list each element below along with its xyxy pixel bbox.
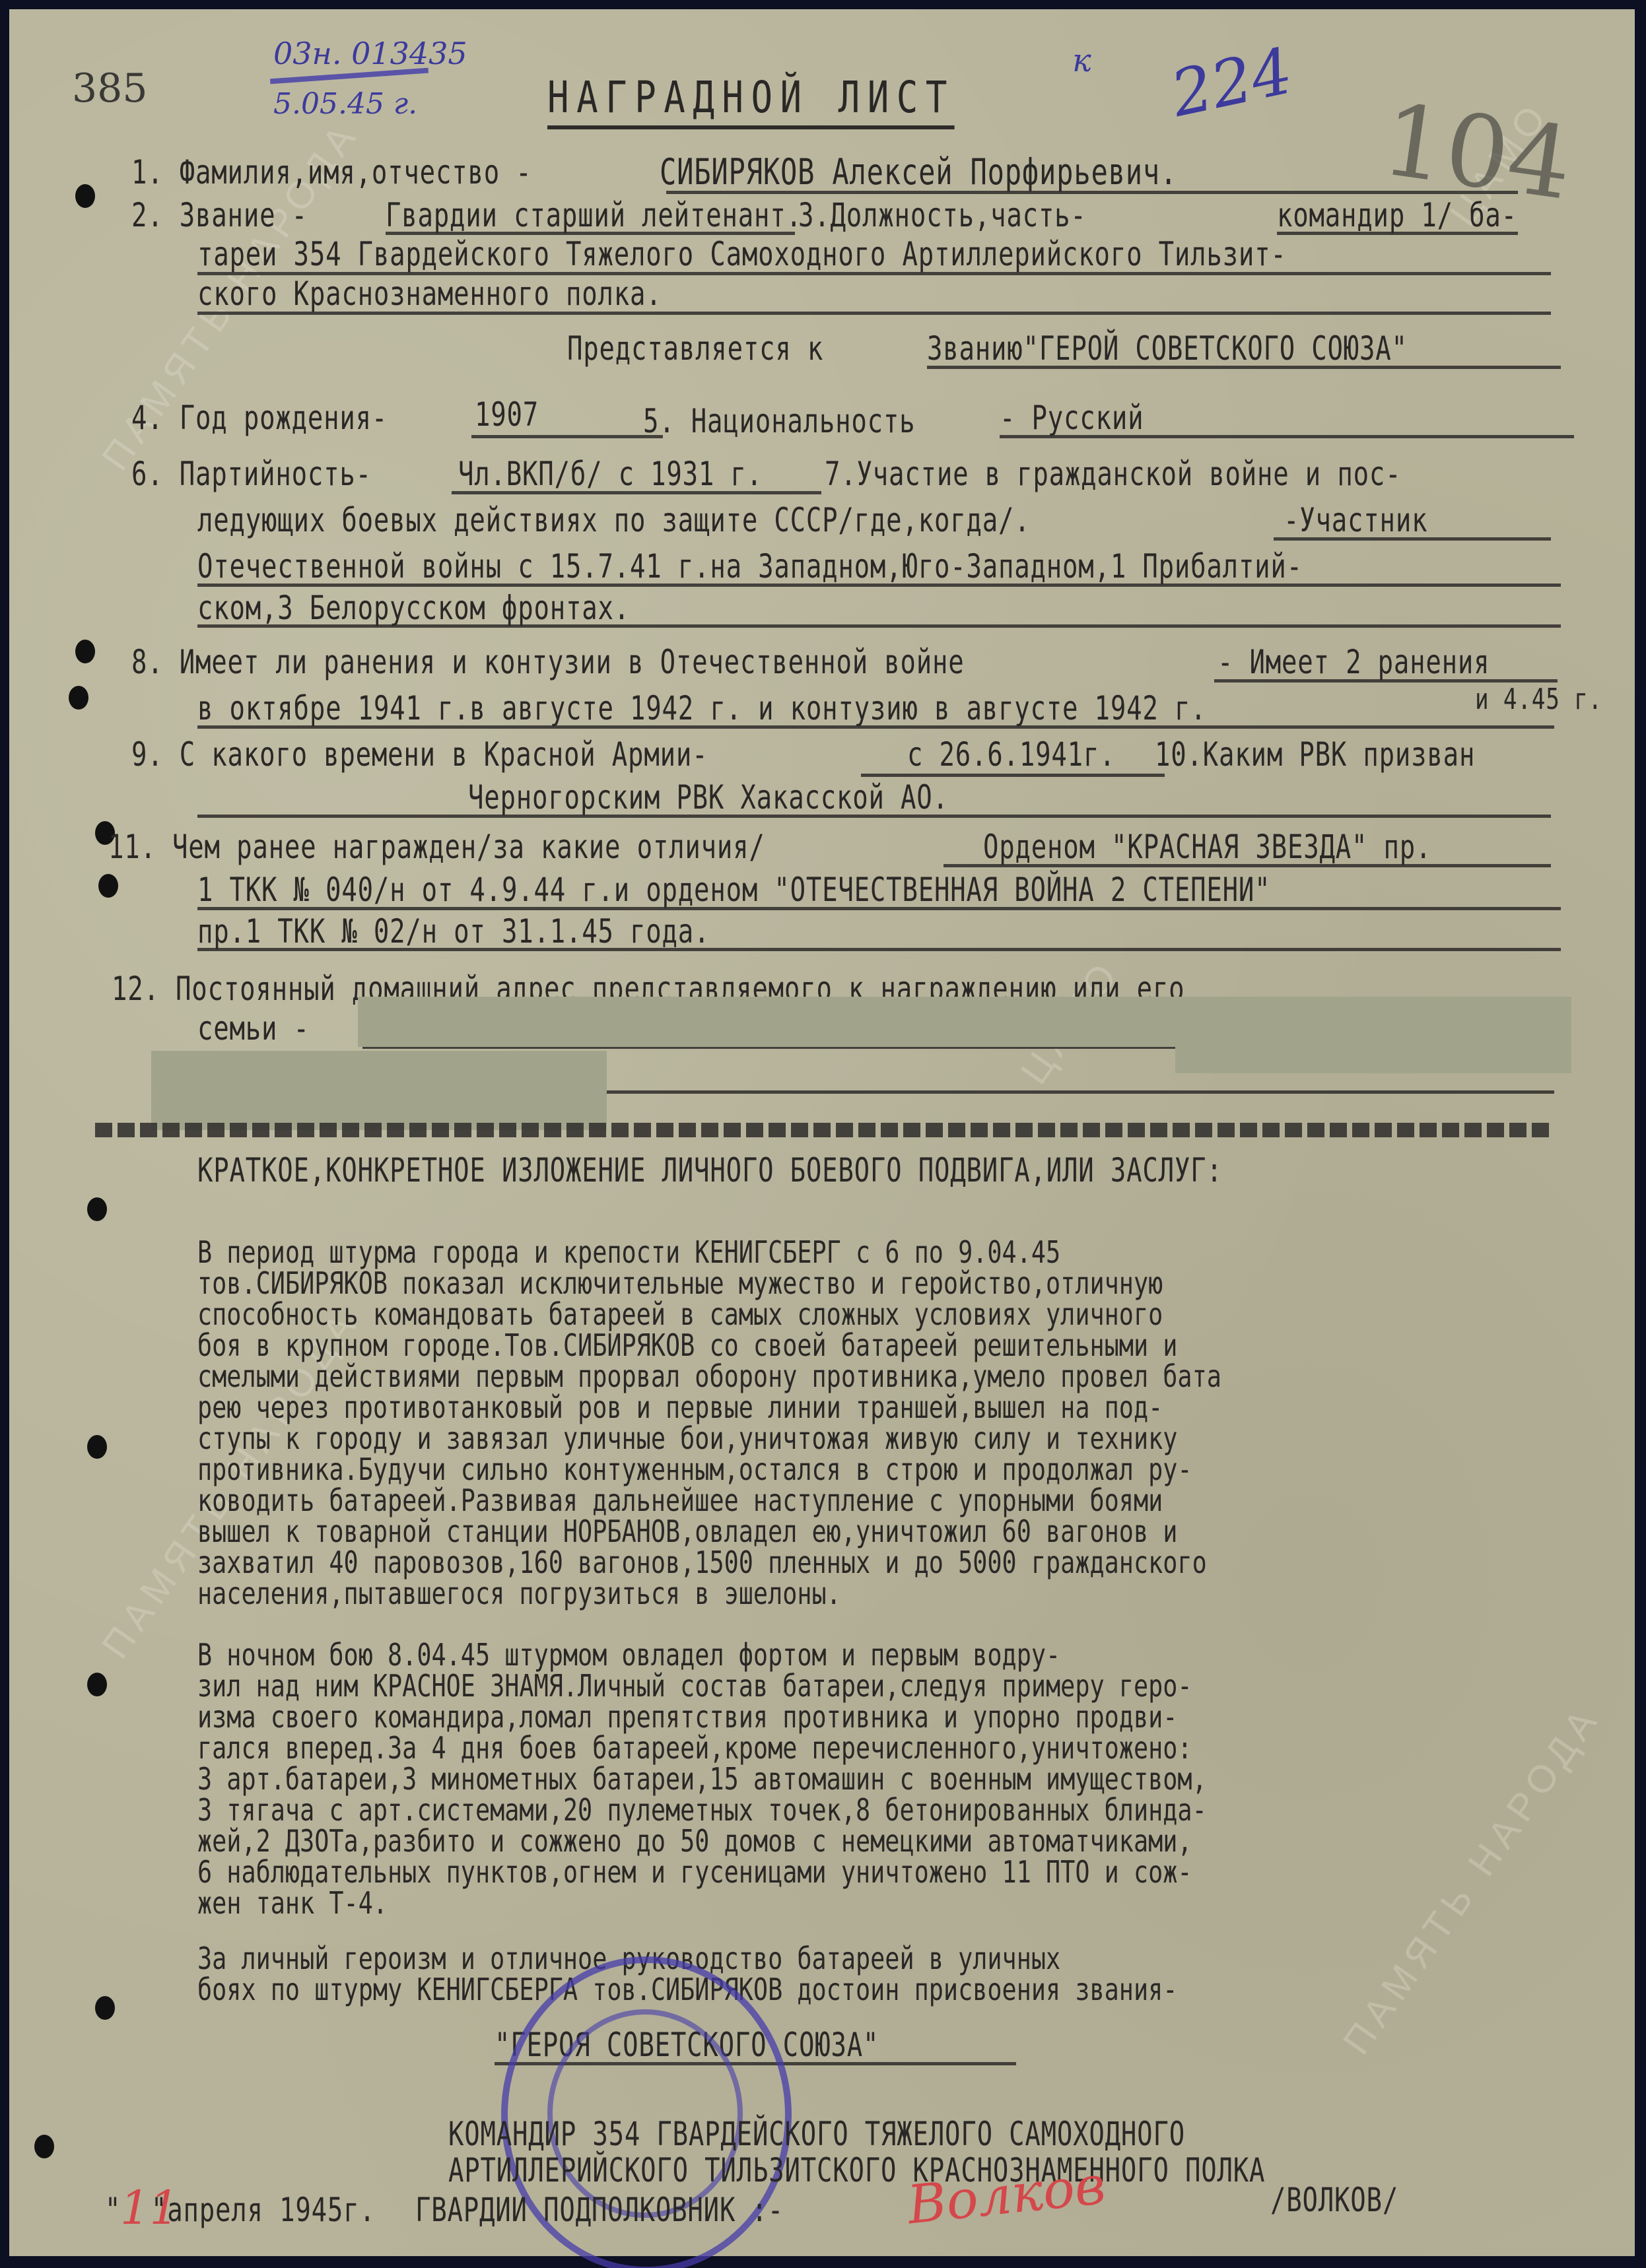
punch-hole: [34, 2135, 54, 2158]
field-11-label: 11. Чем ранее награжден/за какие отличия…: [108, 828, 765, 866]
date-text: "апреля 1945г.: [151, 2191, 376, 2229]
narrative-line: ководить батареей.Развивая дальнейшее на…: [197, 1485, 1163, 1516]
field-5-label: 5. Национальность: [643, 402, 915, 440]
redaction-block: [358, 997, 1177, 1047]
punch-hole: [87, 1197, 107, 1221]
narrative-line: гался вперед.За 4 дня боев батареей,кром…: [197, 1733, 1192, 1764]
field-5-value: - Русский: [1000, 399, 1144, 437]
underline: [197, 584, 1561, 587]
narrative-line: боя в крупном городе.Тов.СИБИРЯКОВ со св…: [197, 1330, 1177, 1361]
field-7-label: 7.Участие в гражданской войне и пос-: [825, 455, 1401, 493]
redaction-block: [1175, 997, 1571, 1073]
punch-hole: [98, 874, 118, 898]
underline: [1274, 537, 1551, 541]
redaction-block: [151, 1051, 607, 1130]
presented-value: Званию"ГЕРОЙ СОВЕТСКОГО СОЮЗА": [927, 329, 1408, 368]
field-8-value: - Имеет 2 ранения: [1217, 643, 1490, 681]
narrative-line: 6 наблюдательных пунктов,огнем и гусениц…: [197, 1857, 1192, 1888]
punch-hole: [87, 1673, 107, 1696]
award-sheet-page: ПАМЯТЬ НАРОДА ЦАМО ЦАМО ПАМЯТЬ НАРОДА ПА…: [9, 9, 1635, 2256]
field-11-value: 1 ТКК № 040/н от 4.9.44 г.и орденом "ОТЕ…: [197, 871, 1270, 909]
narrative-line: 3 арт.батареи,3 минометных батареи,15 ав…: [197, 1764, 1207, 1795]
field-11-value: пр.1 ТКК № 02/н от 31.1.45 года.: [197, 912, 710, 951]
narrative-line: изма своего командира,ломал препятствия …: [197, 1702, 1177, 1733]
underline: [197, 624, 1561, 628]
reference-date: 5.05.45 г.: [273, 87, 417, 121]
narrative-line: В период штурма города и крепости КЕНИГС…: [197, 1237, 1060, 1268]
field-8-label: 8. Имеет ли ранения и контузии в Отечест…: [131, 643, 965, 681]
narrative-line: вышел к товарной станции НОРБАНОВ,овладе…: [197, 1516, 1177, 1547]
field-1-label: 1. Фамилия,имя,отчество -: [131, 153, 532, 191]
reference-code: 03н. 013435: [273, 36, 467, 71]
field-3-value: тареи 354 Гвардейского Тяжелого Самоходн…: [197, 235, 1287, 273]
underline: [197, 725, 1554, 729]
underline: [452, 491, 821, 494]
underline: [943, 864, 1551, 867]
field-6-value: Чл.ВКП/б/ с 1931 г.: [458, 455, 763, 493]
document-title: НАГРАДНОЙ ЛИСТ: [547, 72, 955, 129]
narrative-line: зил над ним КРАСНОЕ ЗНАМЯ.Личный состав …: [197, 1671, 1192, 1702]
field-11-value: Орденом "КРАСНАЯ ЗВЕЗДА" пр.: [983, 828, 1431, 866]
underline: [1277, 232, 1518, 235]
narrative-line: В ночном бою 8.04.45 штурмом овладел фор…: [197, 1640, 1060, 1671]
narrative-line: населения,пытавшегося погрузиться в эшел…: [197, 1578, 841, 1609]
separator-line: [95, 1123, 1554, 1137]
handwritten-number: 224: [1165, 34, 1299, 131]
presented-label: Представляется к: [567, 329, 823, 368]
narrative-line: противника.Будучи сильно контуженным,ост…: [197, 1454, 1192, 1485]
underline: [666, 191, 1518, 194]
mark-k: к: [1072, 42, 1091, 79]
field-8-added: и 4.45 г.: [1475, 683, 1602, 716]
field-8-value: в октябре 1941 г.в августе 1942 г. и кон…: [197, 689, 1206, 727]
narrative-line: рею через противотанковый ров и первые л…: [197, 1392, 1163, 1423]
signatory-name: /ВОЛКОВ/: [1270, 2181, 1398, 2219]
signature-line-2: АРТИЛЛЕРИЙСКОГО ТИЛЬЗИТСКОГО КРАСНОЗНАМЕ…: [448, 2151, 1265, 2189]
field-9-label: 9. С какого времени в Красной Армии-: [131, 735, 708, 774]
field-1-value: СИБИРЯКОВ Алексей Порфирьевич.: [660, 151, 1177, 193]
underline: [1000, 435, 1574, 438]
field-7-value: ском,3 Белорусском фронтах.: [197, 589, 630, 627]
field-3-label: 3.Должность,часть-: [798, 196, 1087, 234]
underline: [471, 435, 663, 438]
field-12-label: семьи -: [197, 1009, 310, 1048]
underline: [927, 366, 1561, 369]
narrative-line: жен танк Т-4.: [197, 1888, 388, 1919]
underline: [197, 312, 1551, 315]
signature-line-1: КОМАНДИР 354 ГВАРДЕЙСКОГО ТЯЖЕЛОГО САМОХ…: [448, 2115, 1185, 2153]
field-4-value: 1907: [475, 395, 539, 434]
punch-hole: [69, 686, 88, 710]
field-3-value: командир 1/ ба-: [1277, 196, 1517, 234]
date-open-quote: ": [105, 2191, 121, 2229]
field-6-label: 6. Партийность-: [131, 455, 372, 493]
narrative-line: 3 тягача с арт.системами,20 пулеметных т…: [197, 1795, 1207, 1826]
archive-number: 385: [72, 65, 148, 112]
underline: [197, 815, 1551, 818]
signatory-rank: ГВАРДИИ ПОДПОЛКОВНИК :-: [415, 2191, 784, 2229]
field-3-value: ского Краснознаменного полка.: [197, 275, 662, 313]
narrative-line: способность командовать батареей в самых…: [197, 1299, 1163, 1330]
punch-hole: [75, 184, 95, 208]
field-10-value: Черногорским РВК Хакасской АО.: [468, 778, 949, 817]
narrative-line: ступы к городу и завязал уличные бои,уни…: [197, 1423, 1177, 1454]
punch-hole: [75, 640, 95, 663]
narrative-line: тов.СИБИРЯКОВ показал исключительные муж…: [197, 1268, 1163, 1299]
field-4-label: 4. Год рождения-: [131, 399, 388, 437]
field-9-value: с 26.6.1941г.: [907, 735, 1115, 774]
underline: [197, 907, 1561, 910]
field-7-value: -Участник: [1284, 501, 1427, 539]
field-2-value: Гвардии старший лейтенант.: [386, 196, 802, 234]
narrative-heading: КРАТКОЕ,КОНКРЕТНОЕ ИЗЛОЖЕНИЕ ЛИЧНОГО БОЕ…: [197, 1151, 1223, 1189]
field-10-label: 10.Каким РВК призван: [1155, 735, 1475, 774]
watermark: ПАМЯТЬ НАРОДА: [1334, 1696, 1609, 2062]
punch-hole: [95, 1996, 115, 2020]
underline: [603, 1090, 1554, 1094]
narrative-line: жей,2 ДЗОТа,разбито и сожжено до 50 домо…: [197, 1826, 1192, 1857]
field-2-label: 2. Звание -: [131, 196, 308, 234]
punch-hole: [87, 1435, 107, 1459]
underline: [197, 948, 1561, 951]
field-7-label: ледующих боевых действиях по защите СССР…: [197, 501, 1031, 539]
field-7-value: Отечественной войны с 15.7.41 г.на Запад…: [197, 547, 1303, 585]
narrative-line: смелыми действиями первым прорвал оборон…: [197, 1361, 1221, 1392]
narrative-line: захватил 40 паровозов,160 вагонов,1500 п…: [197, 1547, 1207, 1578]
underline: [861, 774, 1165, 777]
